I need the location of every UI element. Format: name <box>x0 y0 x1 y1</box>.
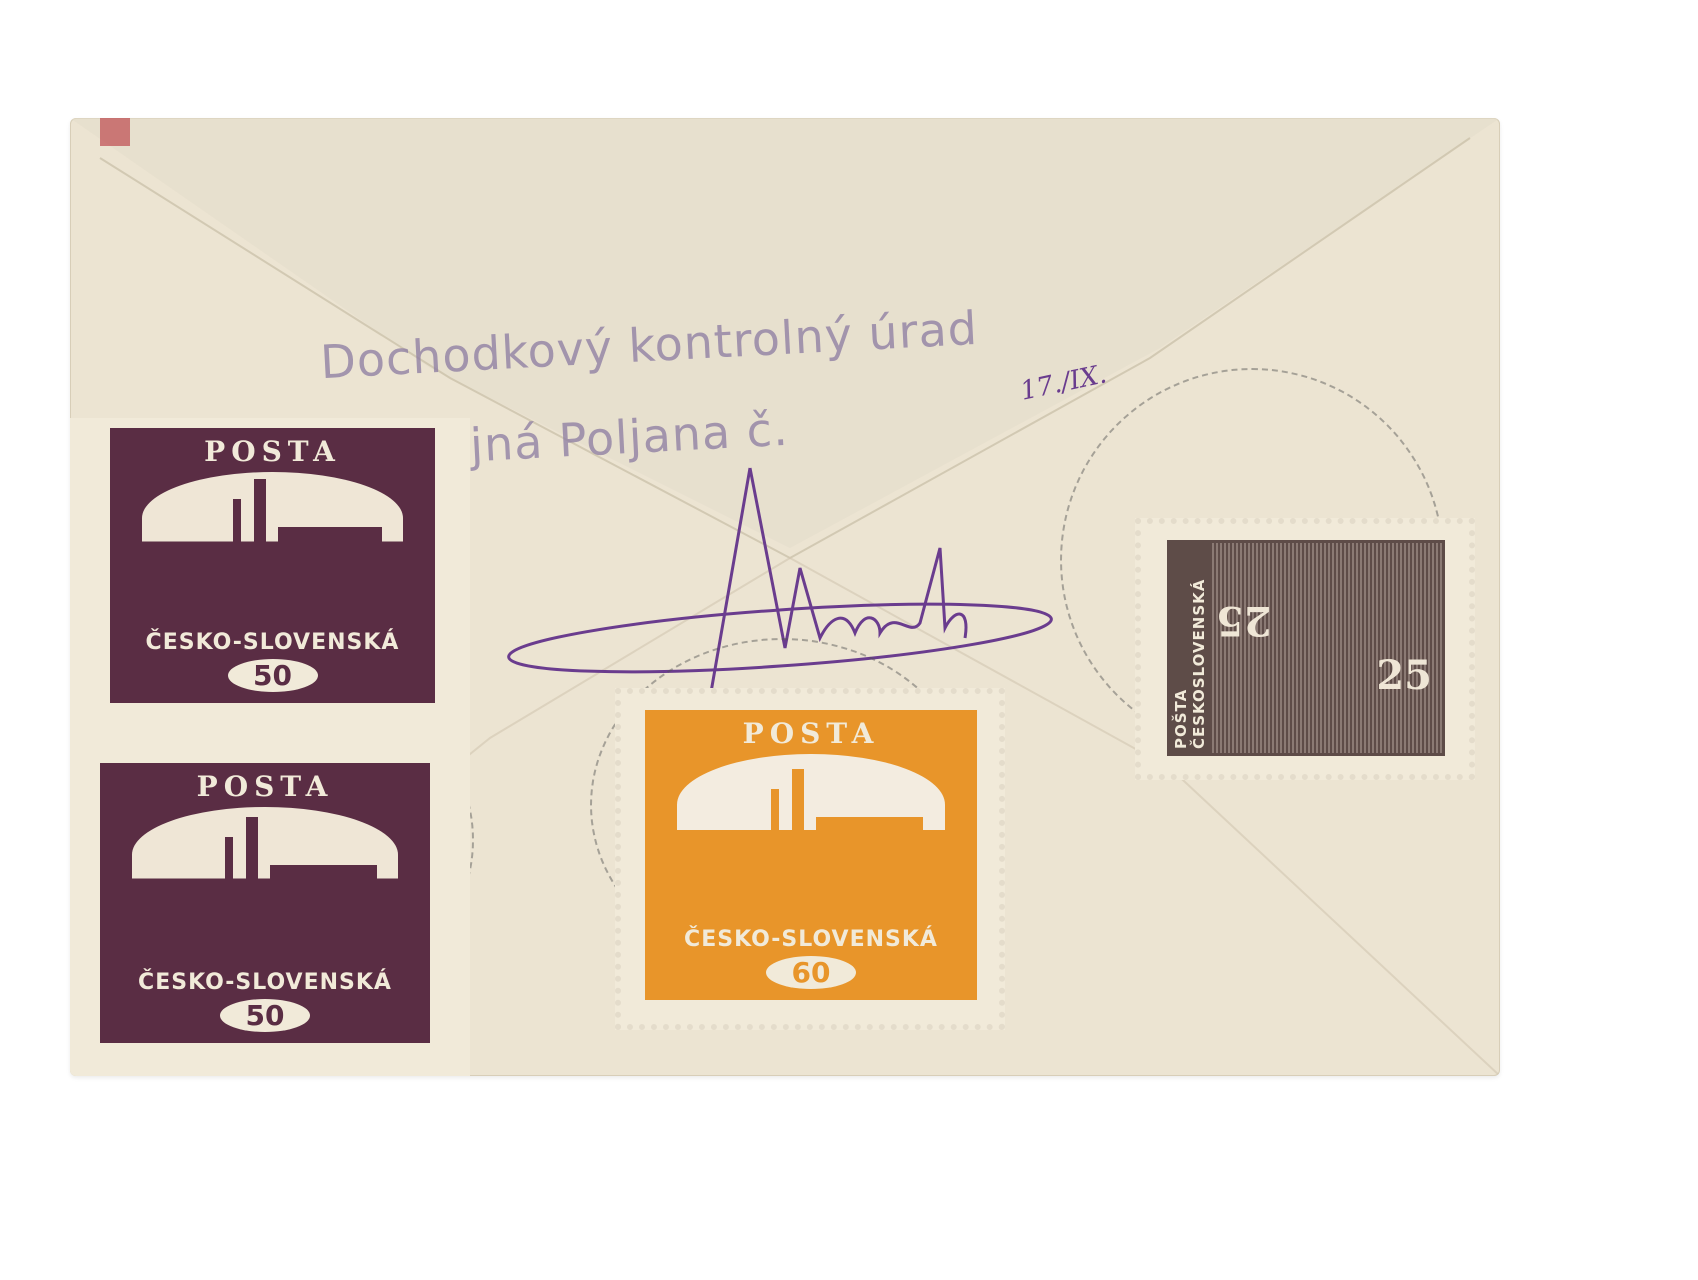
stamp-posta-label: POSTA <box>743 717 880 750</box>
stamp-country-label: ČESKO-SLOVENSKÁ <box>684 927 938 952</box>
stamp-60: POSTA ČESKO-SLOVENSKÁ 60 <box>615 688 1005 1030</box>
envelope: Dochodkový kontrolný úrad jná Poljana č.… <box>70 118 1500 1076</box>
stamp-value-bottom: 25 <box>1216 597 1272 644</box>
stamp-value: 50 <box>228 659 318 692</box>
stamp-25: POŠTA ČESKOSLOVENSKÁ 25 25 <box>1135 518 1475 780</box>
stamp-value-top: 25 <box>1376 652 1432 699</box>
stamp-country-label: ČESKO-SLOVENSKÁ <box>146 630 400 655</box>
stamp-country-vertical: POŠTA ČESKOSLOVENSKÁ <box>1170 543 1210 753</box>
stamp-50-bottom: POSTA ČESKO-SLOVENSKÁ 50 <box>100 763 430 1043</box>
stamp-country-label: ČESKO-SLOVENSKÁ <box>138 970 392 995</box>
castle-scene <box>142 472 404 626</box>
stamp-value: 50 <box>220 999 310 1032</box>
castle-scene <box>132 807 398 966</box>
stamp-value: 60 <box>766 956 856 989</box>
castle-scene <box>677 754 944 923</box>
stamp-posta-label: POSTA <box>204 435 341 468</box>
stamp-50-top: POSTA ČESKO-SLOVENSKÁ 50 <box>110 428 435 703</box>
stamp-posta-label: POSTA <box>197 770 334 803</box>
